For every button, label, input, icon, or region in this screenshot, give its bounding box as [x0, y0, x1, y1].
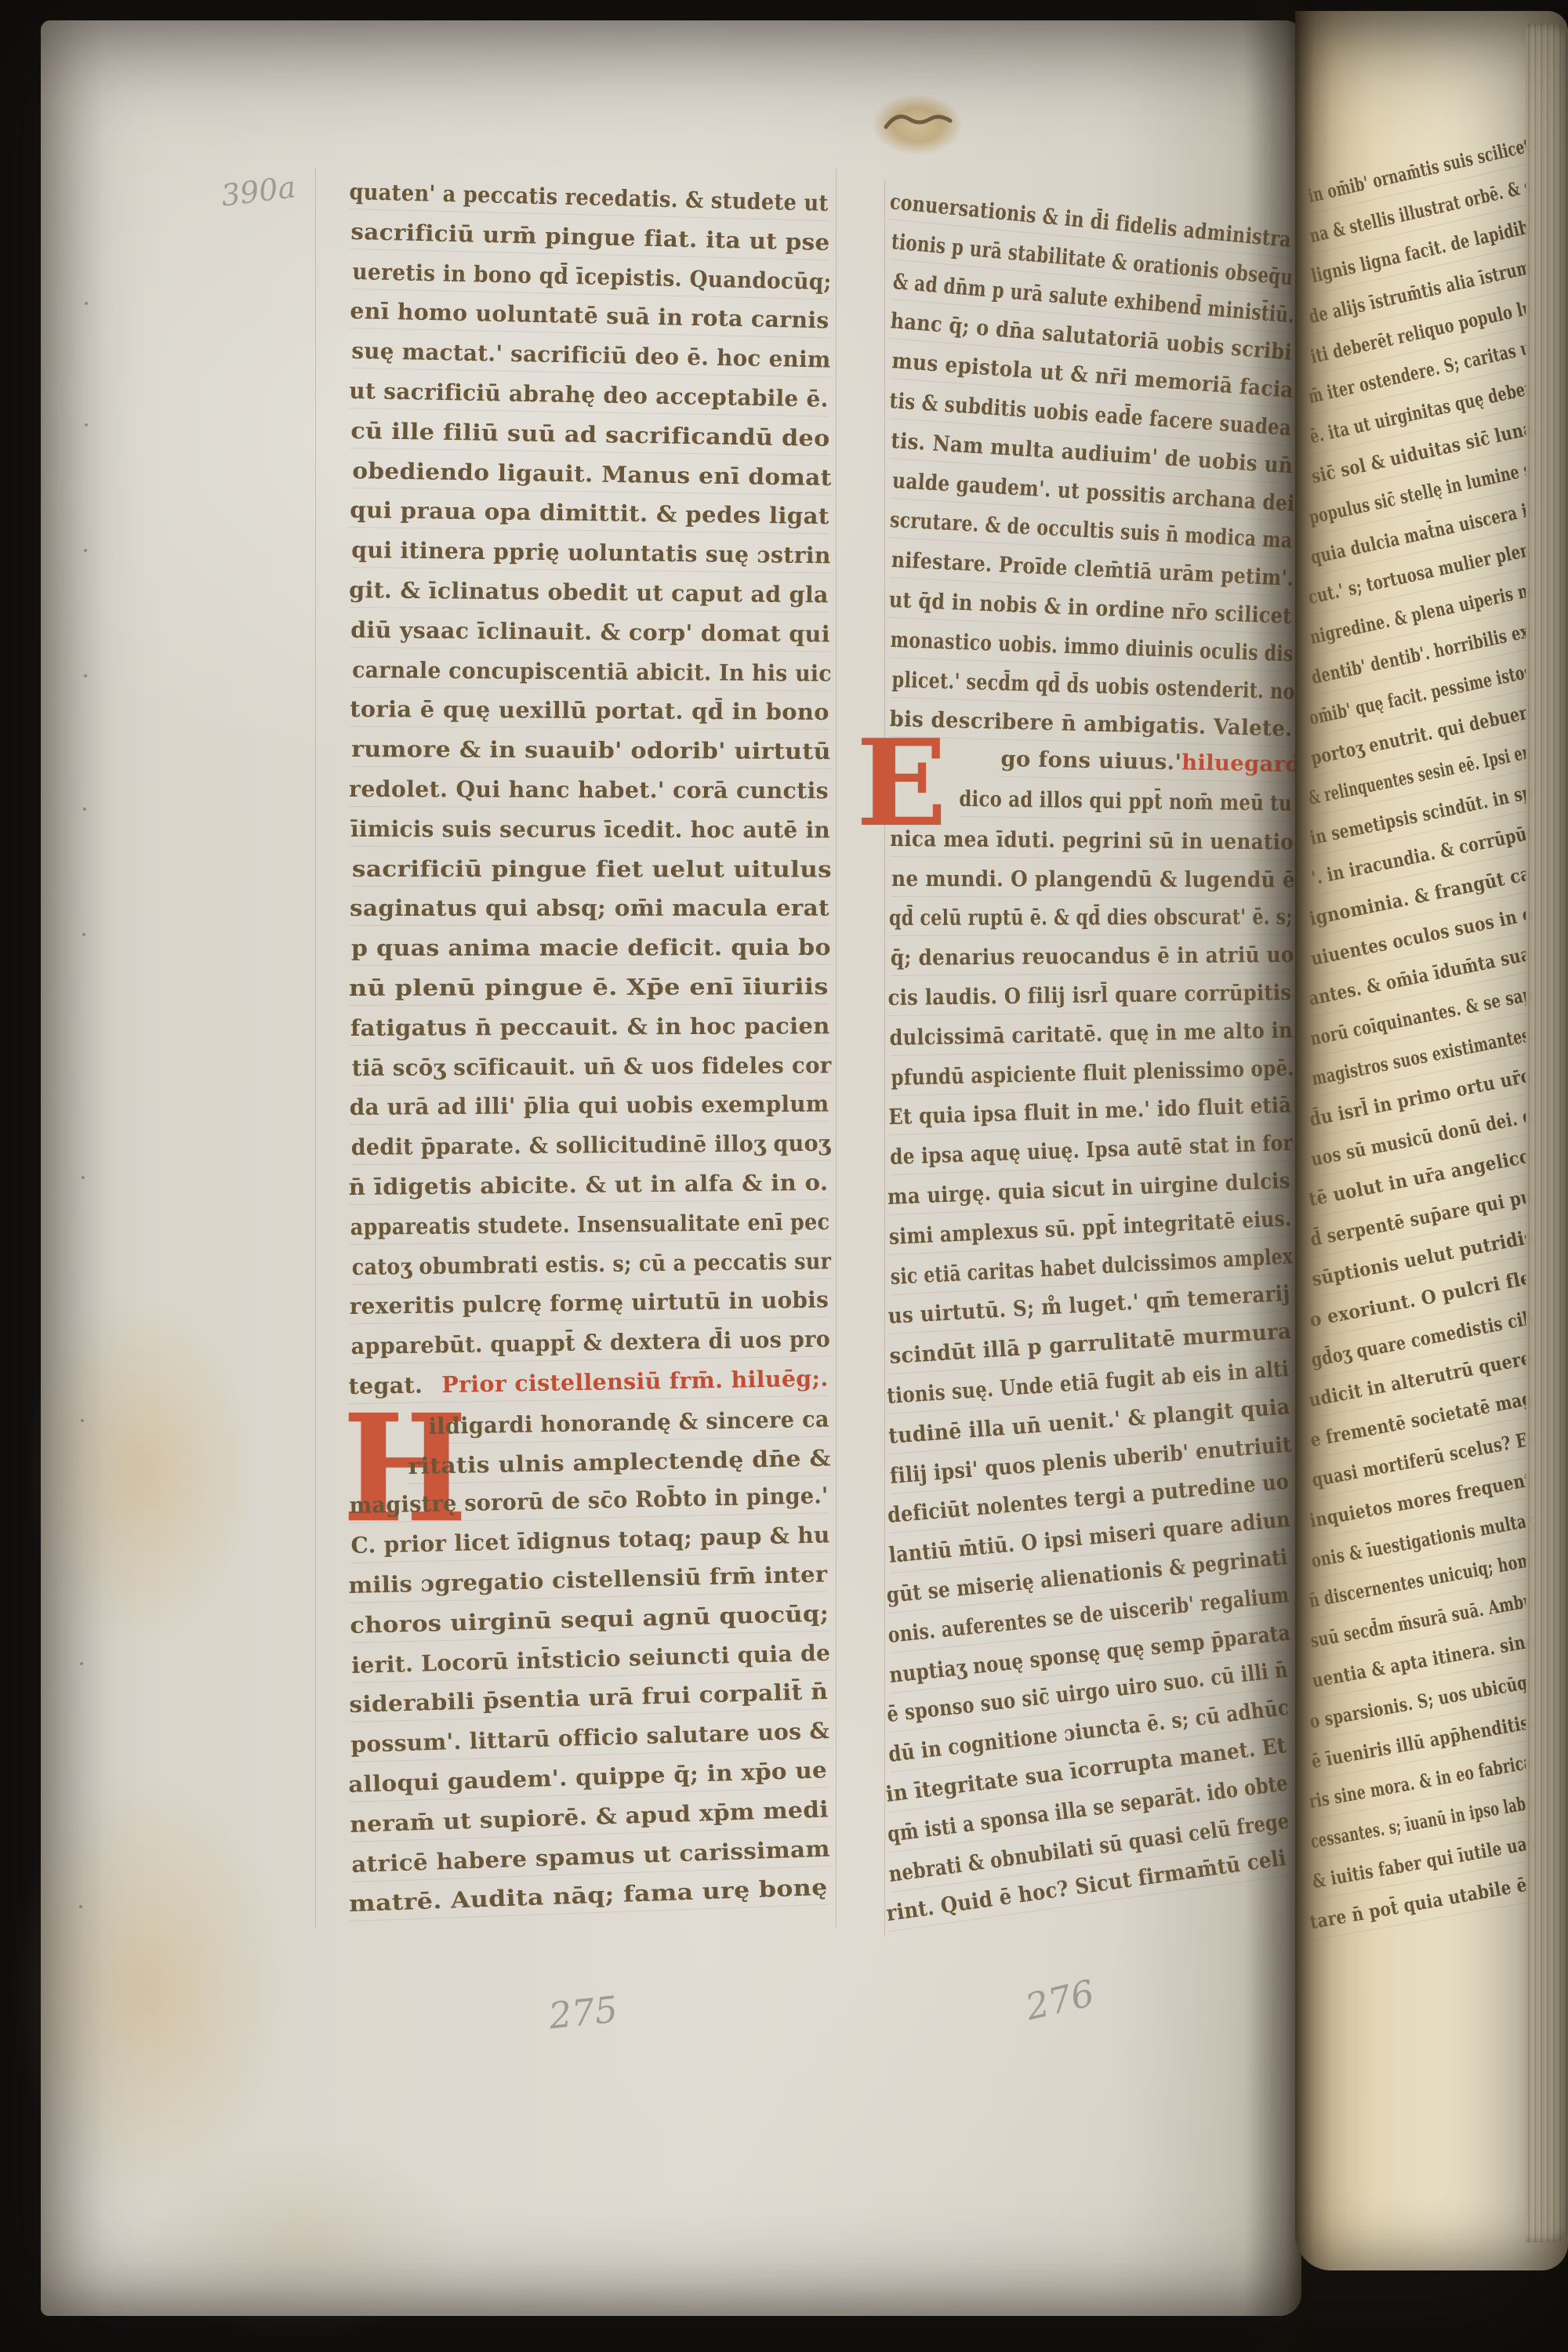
- body-text: qd̄ celū ruptū ē. & qd̄ dies obscurat' ē…: [889, 900, 1293, 935]
- manuscript-line: cū ille filiū suū ad sacrificandū deo: [350, 413, 831, 456]
- body-text: go fons uiuus.': [1000, 742, 1182, 779]
- rubric-text: Prior cistellensiū frm̄. hiluēg;.: [441, 1361, 829, 1402]
- stain: [135, 2137, 464, 2341]
- body-text: q̄; denarius reuocandus ē in atriū uo: [891, 938, 1294, 975]
- manuscript-line: redolet. Qui hanc habet.' corā cunctis: [349, 771, 829, 808]
- body-text: sacrificiū pingue fiet uelut uitulus: [352, 851, 832, 887]
- body-text: nica mea īduti. pegrini sū in uenatio: [890, 822, 1294, 859]
- body-text: ildigardi honorandę & sincere ca: [428, 1401, 829, 1443]
- prick-mark: [82, 1176, 85, 1179]
- manuscript-line: diū ysaac īclinauit. & corp' domat qui: [350, 612, 830, 652]
- body-text: qui praua opa dimittit. & pedes ligat: [350, 492, 829, 533]
- manuscript-line: obediendo ligauit. Manus enī domat: [352, 453, 833, 495]
- prick-mark: [81, 1419, 84, 1422]
- prick-mark: [85, 302, 88, 305]
- manuscript-line: ne mundi. O plangendū & lugendū ē: [891, 862, 1295, 898]
- body-text: apparebūt. quappt̄ & dextera d̄i uos pro: [350, 1322, 830, 1364]
- manuscript-line: qui praua opa dimittit. & pedes ligat: [350, 492, 830, 534]
- manuscript-line: fatigatus n̄ peccauit. & in hoc pacien: [350, 1008, 830, 1046]
- body-text: tegat.: [348, 1367, 423, 1403]
- body-text: diū ysaac īclinauit. & corp' domat qui: [350, 612, 830, 652]
- manuscript-line: appareatis studete. Insensualitate enī p…: [350, 1204, 829, 1245]
- prick-mark: [79, 1905, 82, 1908]
- body-text: rumore & in suauib' odorib' uirtutū: [351, 731, 831, 768]
- body-text: nū plenū pingue ē. Xp̄e enī īiuriis: [349, 969, 829, 1005]
- manuscript-line: rexeritis pulcrę formę uirtutū in uobis: [349, 1283, 829, 1325]
- manuscript-line: īimicis suis securus īcedit. hoc autē in: [350, 811, 830, 848]
- prick-mark: [82, 933, 85, 936]
- manuscript-line: qd̄ celū ruptū ē. & qd̄ dies obscurat' ē…: [889, 900, 1293, 936]
- manuscript-line: dulcissimā caritatē. quę in me alto in: [889, 1013, 1294, 1056]
- stain: [9, 1769, 292, 2208]
- body-text: cū ille filiū suū ad sacrificandū deo: [350, 413, 830, 456]
- body-text: ut sacrificiū abrahę deo acceptabile ē.: [349, 373, 829, 416]
- body-text: qui itinera pprię uoluntatis suę ɔstrin: [351, 532, 831, 572]
- body-text: fatigatus n̄ peccauit. & in hoc pacien: [350, 1008, 830, 1045]
- manuscript-line: toria ē quę uexillū portat. qd̄ in bono: [350, 691, 829, 730]
- body-text: īimicis suis securus īcedit. hoc autē in: [350, 811, 830, 847]
- stain: [25, 1290, 260, 1651]
- body-text: obediendo ligauit. Manus enī domat: [352, 453, 832, 495]
- body-text: appareatis studete. Insensualitate enī p…: [350, 1204, 829, 1244]
- manuscript-line: q̄; denarius reuocandus ē in atriū uo: [891, 938, 1294, 976]
- prick-mark: [80, 1662, 83, 1665]
- pencil-page-number-275: 275: [546, 1988, 619, 2038]
- manuscript-line: da urā ad illi' p̄lia qui uobis exemplum: [350, 1087, 829, 1125]
- ruling-line-vertical: [836, 169, 837, 1929]
- manuscript-line: p quas anima macie deficit. quia bo: [351, 930, 831, 966]
- body-text: dico ad illos qui ppt̄ nom̄ meū tu: [959, 782, 1292, 821]
- ruling-line-vertical: [315, 169, 316, 1929]
- prick-mark: [84, 674, 87, 677]
- body-text: catoʒ obumbrati estis. s; cū a peccatis …: [351, 1243, 831, 1284]
- ruling-line-vertical: [884, 180, 885, 1936]
- prick-mark: [85, 423, 88, 426]
- manuscript-line: dedit p̄parate. & sollicitudinē illoʒ qu…: [351, 1126, 831, 1165]
- manuscript-line: dico ad illos qui ppt̄ nom̄ meū tu: [959, 782, 1293, 822]
- body-text: git. & īclinatus obedit ut caput ad gla: [349, 572, 829, 612]
- worm-hole-squiggle: [872, 94, 963, 155]
- manuscript-line: cis laudis. O filij isrl̄ quare corrūpit…: [887, 975, 1292, 1016]
- body-text: cis laudis. O filij isrl̄ quare corrūpit…: [887, 975, 1291, 1015]
- page-edge-stack: [1526, 24, 1568, 2242]
- worm-hole: [872, 94, 963, 155]
- manuscript-line: git. & īclinatus obedit ut caput ad gla: [349, 572, 829, 613]
- manuscript-line: saginatus qui absq; om̄i macula erat: [350, 891, 829, 926]
- manuscript-line: carnale concupiscentiā abicit. In his ui…: [352, 652, 832, 691]
- body-text: rexeritis pulcrę formę uirtutū in uobis: [349, 1283, 829, 1324]
- manuscript-line: nū plenū pingue ē. Xp̄e enī īiuriis: [349, 969, 829, 1006]
- prick-mark: [84, 549, 87, 552]
- body-text: tiā scōʒ scīficauit. un̄ & uos fideles c…: [352, 1047, 832, 1085]
- prick-mark: [83, 808, 86, 811]
- body-text: saginatus qui absq; om̄i macula erat: [350, 891, 829, 925]
- body-text: dulcissimā caritatē. quę in me alto in: [889, 1013, 1293, 1055]
- body-text: da urā ad illi' p̄lia qui uobis exemplum: [350, 1087, 829, 1124]
- manuscript-photo: 390a 275 276 H E quaten' a peccatis rece…: [0, 0, 1568, 2352]
- manuscript-line: nica mea īduti. pegrini sū in uenatio: [890, 822, 1294, 860]
- body-text: redolet. Qui hanc habet.' corā cunctis: [349, 771, 829, 808]
- manuscript-line: qui itinera pprię uoluntatis suę ɔstrin: [351, 532, 831, 573]
- body-text: dedit p̄parate. & sollicitudinē illoʒ qu…: [351, 1126, 831, 1164]
- manuscript-line: catoʒ obumbrati estis. s; cū a peccatis …: [351, 1243, 832, 1285]
- body-text: carnale concupiscentiā abicit. In his ui…: [352, 652, 832, 691]
- body-text: n̄ īdigetis abicite. & ut in alfa & in o…: [349, 1165, 829, 1204]
- body-text: toria ē quę uexillū portat. qd̄ in bono: [350, 691, 829, 729]
- manuscript-line: sacrificiū pingue fiet uelut uitulus: [352, 851, 832, 887]
- manuscript-line: rumore & in suauib' odorib' uirtutū: [351, 731, 831, 769]
- manuscript-line: n̄ īdigetis abicite. & ut in alfa & in o…: [349, 1165, 829, 1205]
- body-text: ne mundi. O plangendū & lugendū ē: [891, 862, 1295, 897]
- manuscript-line: ildigardi honorandę & sincere ca: [428, 1401, 830, 1443]
- body-text: p quas anima macie deficit. quia bo: [351, 930, 831, 965]
- manuscript-line: tiā scōʒ scīficauit. un̄ & uos fideles c…: [352, 1047, 832, 1086]
